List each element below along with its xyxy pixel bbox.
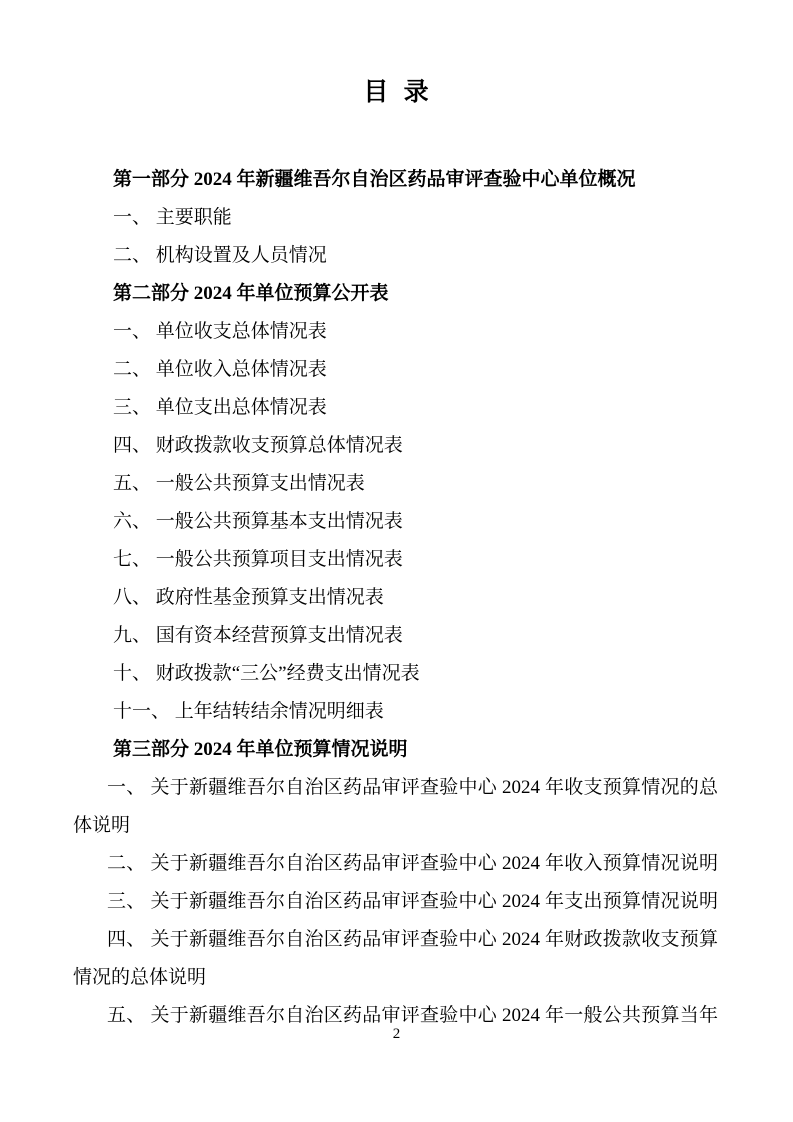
toc-entry: 三、 关于新疆维吾尔自治区药品审评查验中心 2024 年支出预算情况说明 xyxy=(73,883,718,921)
toc-entry: 六、 一般公共预算基本支出情况表 xyxy=(73,503,718,541)
toc-section-heading: 第三部分 2024 年单位预算情况说明 xyxy=(73,731,718,769)
toc-entry: 情况的总体说明 xyxy=(73,959,718,997)
toc-entry: 三、 单位支出总体情况表 xyxy=(73,389,718,427)
toc-entry: 体说明 xyxy=(73,807,718,845)
table-of-contents: 第一部分 2024 年新疆维吾尔自治区药品审评查验中心单位概况一、 主要职能二、… xyxy=(73,161,718,1035)
toc-entry: 一、 主要职能 xyxy=(73,199,718,237)
document-page: 目 录 第一部分 2024 年新疆维吾尔自治区药品审评查验中心单位概况一、 主要… xyxy=(0,0,793,1122)
toc-entry: 十、 财政拨款“三公”经费支出情况表 xyxy=(73,655,718,693)
toc-entry: 七、 一般公共预算项目支出情况表 xyxy=(73,541,718,579)
toc-section-heading: 第一部分 2024 年新疆维吾尔自治区药品审评查验中心单位概况 xyxy=(73,161,718,199)
toc-entry: 八、 政府性基金预算支出情况表 xyxy=(73,579,718,617)
page-title: 目 录 xyxy=(0,78,793,108)
toc-entry: 一、 单位收支总体情况表 xyxy=(73,313,718,351)
toc-entry: 十一、 上年结转结余情况明细表 xyxy=(73,693,718,731)
toc-entry: 九、 国有资本经营预算支出情况表 xyxy=(73,617,718,655)
toc-section-heading: 第二部分 2024 年单位预算公开表 xyxy=(73,275,718,313)
toc-entry: 二、 机构设置及人员情况 xyxy=(73,237,718,275)
page-number: 2 xyxy=(0,1024,793,1044)
toc-entry: 一、 关于新疆维吾尔自治区药品审评查验中心 2024 年收支预算情况的总 xyxy=(73,769,718,807)
toc-entry: 二、 单位收入总体情况表 xyxy=(73,351,718,389)
toc-entry: 二、 关于新疆维吾尔自治区药品审评查验中心 2024 年收入预算情况说明 xyxy=(73,845,718,883)
toc-entry: 四、 财政拨款收支预算总体情况表 xyxy=(73,427,718,465)
toc-entry: 四、 关于新疆维吾尔自治区药品审评查验中心 2024 年财政拨款收支预算 xyxy=(73,921,718,959)
toc-entry: 五、 一般公共预算支出情况表 xyxy=(73,465,718,503)
